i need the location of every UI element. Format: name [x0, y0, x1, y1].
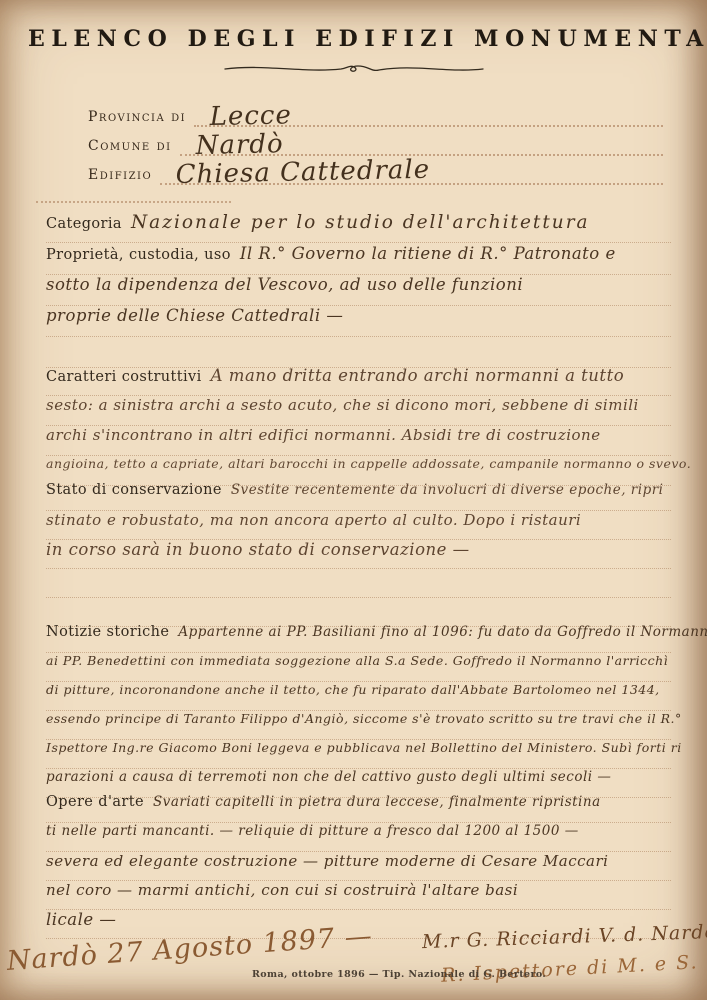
handwritten-line: Opere d'arte Svariati capitelli in pietr… [46, 794, 671, 823]
scanned-form-page: ELENCO DEGLI EDIFIZI MONUMENTALI Provinc… [0, 0, 707, 1000]
empty-ruled-line [46, 569, 671, 598]
comune-label: Comune di [88, 138, 172, 156]
handwritten-line: severa ed elegante costruzione — pitture… [46, 852, 671, 881]
handwritten-line: ai PP. Benedettini con immediata soggezi… [46, 653, 671, 682]
handwritten-line: Notizie storiche Appartenne ai PP. Basil… [46, 624, 671, 653]
proprieta-label: Proprietà, custodia, uso [46, 247, 240, 263]
page-title: ELENCO DEGLI EDIFIZI MONUMENTALI [28, 26, 689, 52]
comune-value: Nardò [195, 129, 284, 161]
handwritten-line: di pitture, incoronandone anche il tetto… [46, 682, 671, 711]
handwritten-line: archi s'incontrano in altri edifici norm… [46, 426, 671, 456]
stub-dotted-line [36, 201, 231, 203]
field-row-comune: Comune di Nardò [88, 127, 663, 156]
handwritten-line: sotto la dipendenza del Vescovo, ad uso … [46, 275, 671, 306]
empty-ruled-line [46, 337, 671, 368]
printer-imprint: Roma, ottobre 1896 — Tip. Nazionale di G… [252, 969, 546, 980]
opere-label: Opere d'arte [46, 794, 153, 810]
handwritten-line: Stato di conservazione Svestite recentem… [46, 482, 671, 511]
section-caratteri: Caratteri costruttivi A mano dritta entr… [46, 366, 671, 486]
edifizio-dotted-line: Chiesa Cattedrale [160, 183, 663, 185]
section-stato: Stato di conservazione Svestite recentem… [46, 482, 671, 627]
provincia-value: Lecce [210, 100, 293, 132]
handwritten-line: Categoria Nazionale per lo studio dell'a… [46, 212, 671, 243]
field-row-edifizio: Edifizio Chiesa Cattedrale [88, 156, 663, 185]
handwritten-line: Ispettore Ing.re Giacomo Boni leggeva e … [46, 740, 671, 769]
handwritten-line: stinato e robustato, ma non ancora apert… [46, 511, 671, 540]
provincia-dotted-line: Lecce [194, 125, 663, 127]
handwritten-line: essendo principe di Taranto Filippo d'An… [46, 711, 671, 740]
section-proprieta: Proprietà, custodia, uso Il R.° Governo … [46, 244, 671, 368]
field-row-provincia: Provincia di Lecce [88, 98, 663, 127]
edifizio-label: Edifizio [88, 167, 152, 185]
section-opere: Opere d'arte Svariati capitelli in pietr… [46, 794, 671, 939]
section-notizie: Notizie storiche Appartenne ai PP. Basil… [46, 624, 671, 798]
edifizio-value: Chiesa Cattedrale [176, 155, 431, 190]
provincia-label: Provincia di [88, 109, 186, 127]
caratteri-label: Caratteri costruttivi [46, 369, 211, 385]
handwritten-line: sesto: a sinistra archi a sesto acuto, c… [46, 396, 671, 426]
handwritten-line: Caratteri costruttivi A mano dritta entr… [46, 366, 671, 396]
handwritten-line: in corso sarà in buono stato di conserva… [46, 540, 671, 569]
handwritten-line: ti nelle parti mancanti. — reliquie di p… [46, 823, 671, 852]
header-fields: Provincia di Lecce Comune di Nardò Edifi… [88, 98, 663, 185]
empty-ruled-line [46, 598, 671, 627]
divider-ornament-icon [219, 60, 489, 82]
stato-label: Stato di conservazione [46, 482, 231, 498]
categoria-label: Categoria [46, 216, 131, 232]
notizie-label: Notizie storiche [46, 624, 178, 640]
handwritten-line: Proprietà, custodia, uso Il R.° Governo … [46, 244, 671, 275]
handwritten-line: proprie delle Chiese Cattedrali — [46, 306, 671, 337]
handwritten-line: nel coro — marmi antichi, con cui si cos… [46, 881, 671, 910]
section-categoria: Categoria Nazionale per lo studio dell'a… [46, 212, 671, 243]
